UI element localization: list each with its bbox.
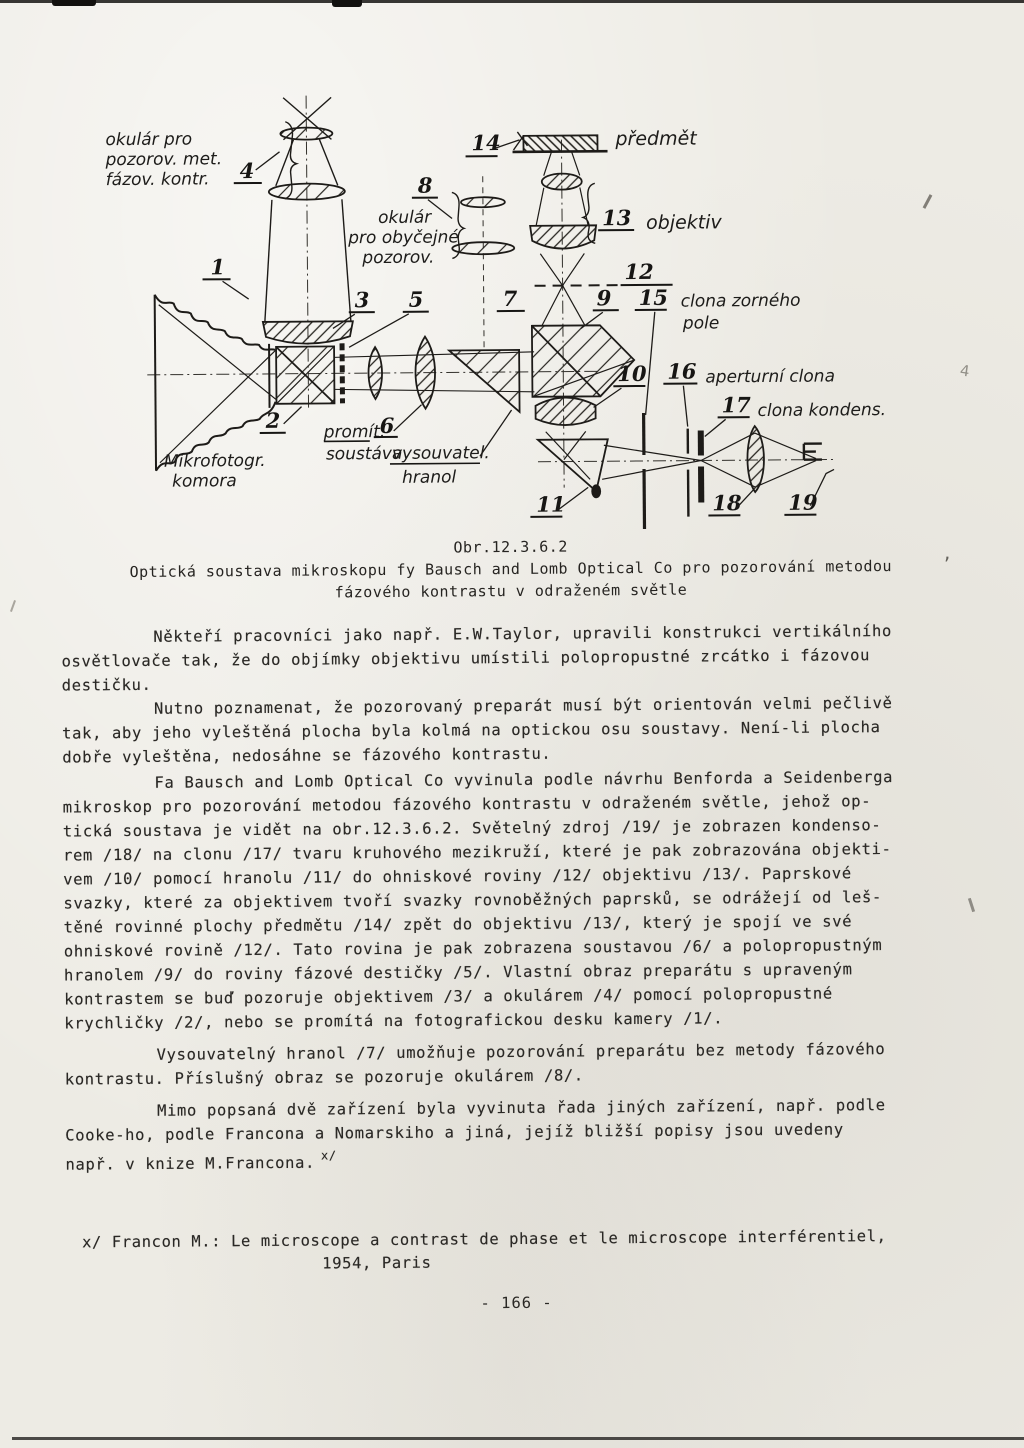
part-number-16: 16 (667, 359, 697, 384)
part-number-8: 8 (417, 173, 433, 198)
page-content: 1 Mikrofotogr. komora (0, 0, 1024, 1448)
part-number-2: 2 (265, 408, 281, 433)
body-line: např. v knize M.Francona.x/ (65, 1140, 965, 1176)
beamsplitter-cube (276, 346, 334, 403)
removable-prism-label-line2: hranol (402, 467, 457, 487)
camera-label-line1: Mikrofotogr. (164, 451, 266, 472)
part-number-5: 5 (409, 287, 424, 312)
part-number-17: 17 (721, 392, 751, 417)
removable-prism-label-line1: vysouvatel. (392, 443, 490, 464)
imaging-lens (535, 397, 595, 425)
part-number-12: 12 (624, 259, 653, 284)
plain-eyepiece-label-line2: pro obyčejné (347, 227, 459, 248)
label-2: 2 (260, 407, 302, 433)
condenser-stop-label: clona kondens. (758, 400, 887, 421)
projection-label-line1: promít. (323, 422, 386, 442)
label-7: 7 (497, 286, 525, 311)
paragraph: Vysouvatelný hranol /7/ umožňuje pozorov… (65, 1036, 965, 1091)
objective-assembly (530, 151, 597, 286)
phase-eyepiece-label-line2: pozorov. met. (105, 149, 223, 170)
plain-eyepiece-label-line1: okulár (378, 208, 432, 228)
part-number-6: 6 (380, 413, 395, 438)
aperture-stop-label: aperturní clona (705, 366, 835, 387)
label-phase-eyepiece: okulár pro pozorov. met. fázov. kontr. (104, 129, 222, 190)
phase-eyepiece-label-line3: fázov. kontr. (106, 169, 210, 190)
figure-caption: Obr.12.3.6.2 Optická soustava mikroskopu… (0, 532, 1023, 606)
part-number-19: 19 (788, 490, 818, 515)
condenser-stop (701, 431, 702, 503)
paragraph: Nutno poznamenat, že pozorovaný preparát… (62, 690, 963, 769)
objective-label: objektiv (646, 211, 723, 234)
part-number-13: 13 (602, 205, 631, 230)
field-stop-label-line2: pole (682, 313, 720, 333)
optical-diagram: 1 Mikrofotogr. komora (0, 76, 1023, 554)
label-plain-eyepiece: okulár pro obyčejné pozorov. (347, 207, 459, 268)
body-text: Někteří pracovníci jako např. E.W.Taylor… (61, 618, 965, 1176)
label-vysouvatel-hranol: vysouvatel. hranol (390, 410, 513, 488)
part-number-10: 10 (617, 361, 647, 386)
label-19: 19 (784, 469, 834, 514)
part-number-14: 14 (471, 130, 500, 155)
part-number-18: 18 (712, 490, 742, 515)
label-9: 9 (581, 285, 619, 328)
object-label: předmět (614, 128, 698, 151)
part-number-9: 9 (597, 285, 612, 310)
label-1: 1 (202, 254, 248, 299)
label-18: 18 (708, 490, 753, 515)
field-stop-label-line1: clona zorného (681, 291, 801, 312)
paragraph: Fa Bausch and Lomb Optical Co vyvinula p… (62, 764, 964, 1035)
part-number-11: 11 (536, 492, 565, 517)
scanned-page: 1 Mikrofotogr. komora (0, 0, 1024, 1448)
footnote: x/ Francon M.: Le microscope a contrast … (82, 1225, 887, 1277)
plain-eyepiece-label-line3: pozorov. (361, 248, 434, 269)
label-mikrofotogr-komora: Mikrofotogr. komora (164, 451, 266, 492)
part-number-7: 7 (503, 286, 518, 311)
part-number-3: 3 (355, 287, 370, 312)
label-4: 4 (234, 152, 280, 183)
page-number: - 166 - (5, 1290, 1024, 1316)
aperture-stop (688, 429, 689, 517)
object-surface (512, 131, 607, 152)
phase-eyepiece-label-line1: okulár pro (105, 129, 192, 150)
label-15: 15 clona zorného pole (635, 284, 802, 415)
camera-label-line2: komora (172, 471, 237, 492)
label-13: 13 objektiv (598, 204, 723, 234)
pencil-mark: , (944, 540, 950, 564)
part-number-15: 15 (639, 285, 668, 310)
label-17: 17 clona kondens. (704, 391, 886, 436)
part-number-1: 1 (210, 254, 225, 279)
footnote-marker: x/ (321, 1148, 337, 1162)
part-number-4: 4 (240, 158, 255, 183)
label-11: 11 (530, 487, 588, 516)
field-stop (644, 413, 645, 529)
paragraph: Někteří pracovníci jako např. E.W.Taylor… (61, 618, 962, 697)
paragraph: Mimo popsaná dvě zařízení byla vyvinuta … (65, 1092, 966, 1176)
microphoto-camera (155, 294, 277, 471)
removable-prism (449, 350, 519, 413)
bottom-prism (538, 430, 817, 498)
